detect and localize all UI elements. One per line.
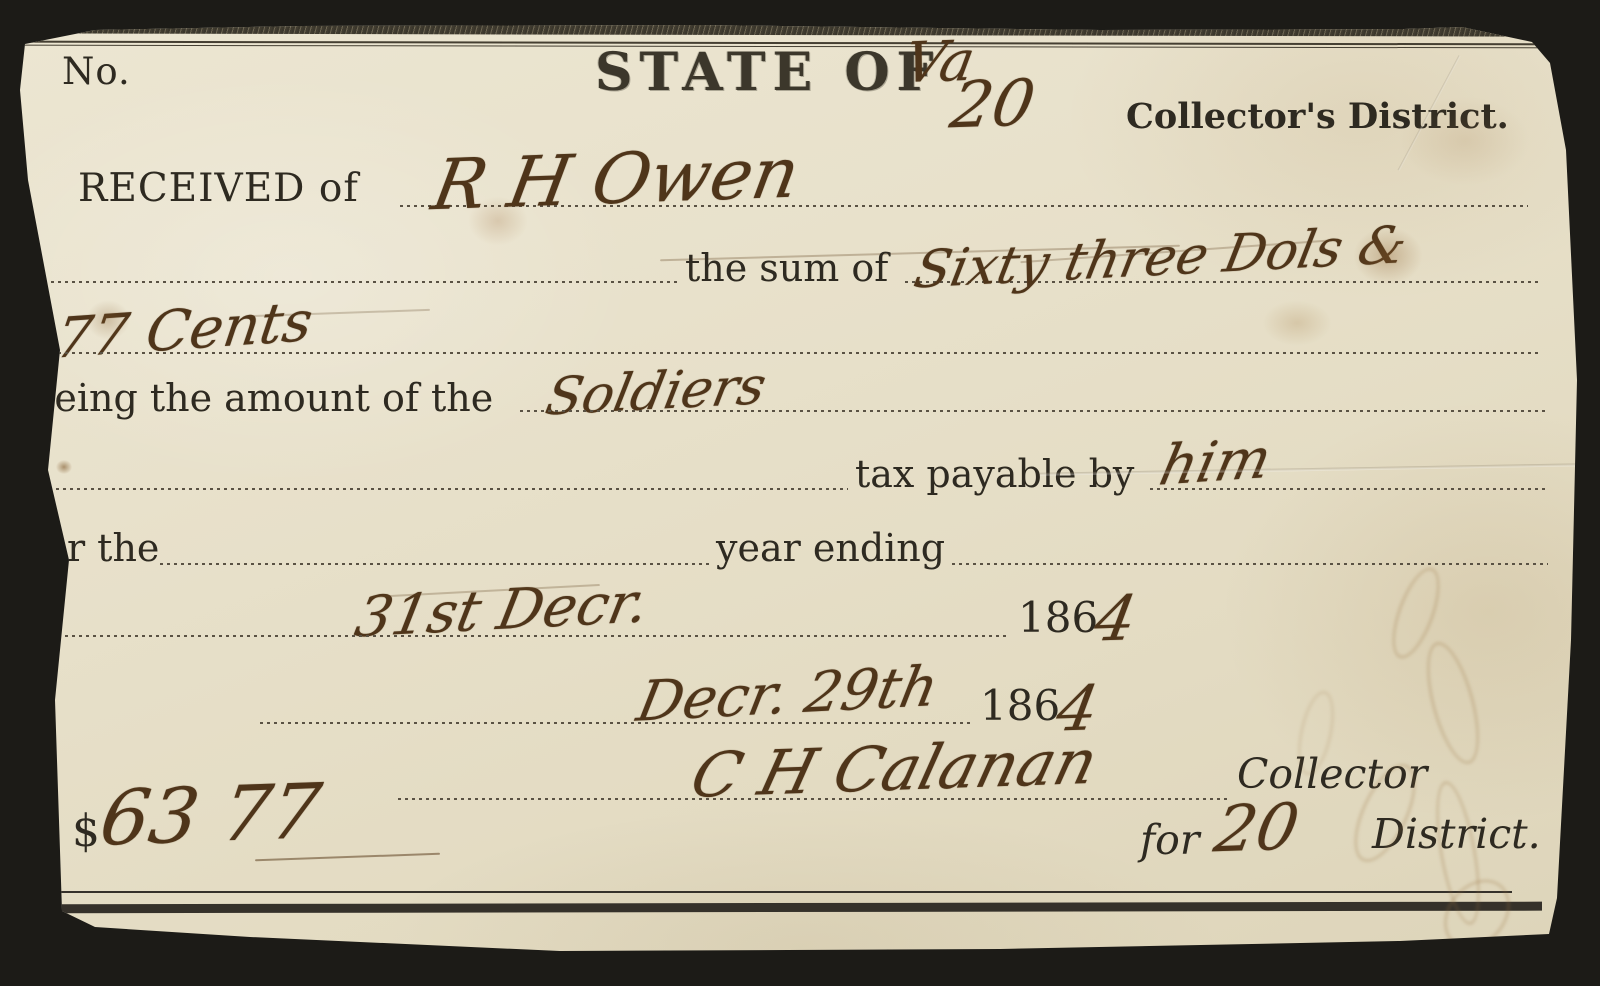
fill-line xyxy=(952,563,1548,565)
amount-of-label: being the amount of the xyxy=(30,376,493,420)
paper-speck xyxy=(56,460,72,474)
year-ending-label: year ending xyxy=(716,526,945,570)
dollar-sign: $ xyxy=(72,806,100,857)
receipt-number-label: No. xyxy=(62,50,131,93)
year-printed-2: 186 xyxy=(980,681,1060,730)
fill-line xyxy=(160,563,712,565)
scanned-document-stage: No. STATE OF Va 20 Collector's District.… xyxy=(0,0,1600,986)
payer-handwritten: R H Owen xyxy=(426,132,805,227)
tax-type-handwritten: Soldiers xyxy=(541,356,771,427)
fill-line xyxy=(42,488,848,490)
fill-line xyxy=(30,281,678,283)
amount-handwritten: 63 77 xyxy=(95,766,326,863)
tax-payable-label: tax payable by xyxy=(855,452,1134,496)
ink-bleed-mark xyxy=(1416,637,1489,770)
collectors-district-label: Collector's District. xyxy=(1126,96,1509,137)
district-number-handwritten-bottom: 20 xyxy=(1209,791,1304,868)
year-printed-1: 186 xyxy=(1018,593,1098,642)
fill-line xyxy=(520,410,1545,412)
state-of-label: STATE OF xyxy=(595,42,941,103)
year-ending-handwritten: 31st Decr. xyxy=(350,571,654,651)
paper-stain xyxy=(1262,300,1332,346)
for-the-label: for the xyxy=(30,526,159,570)
fill-line xyxy=(1150,488,1548,490)
sum-handwritten: Sixty three Dols & xyxy=(909,215,1411,300)
stray-period: . xyxy=(26,448,38,492)
cents-handwritten: 77 Cents xyxy=(52,289,317,371)
ink-bleed-mark xyxy=(1430,866,1523,962)
fill-line xyxy=(398,798,1230,800)
received-of-label: RECEIVED of xyxy=(78,166,359,211)
for-label: for xyxy=(1140,816,1199,864)
district-number-handwritten: 20 xyxy=(945,67,1040,144)
fill-line xyxy=(30,635,1008,637)
receipt-paper: No. STATE OF Va 20 Collector's District.… xyxy=(0,0,1600,986)
bottom-thin-rule xyxy=(38,891,1512,893)
bottom-thick-rule xyxy=(28,902,1542,914)
top-ornamental-border xyxy=(25,22,1523,36)
fill-line xyxy=(30,352,1542,354)
fill-line xyxy=(260,722,974,724)
sum-of-label: the sum of xyxy=(685,246,888,290)
